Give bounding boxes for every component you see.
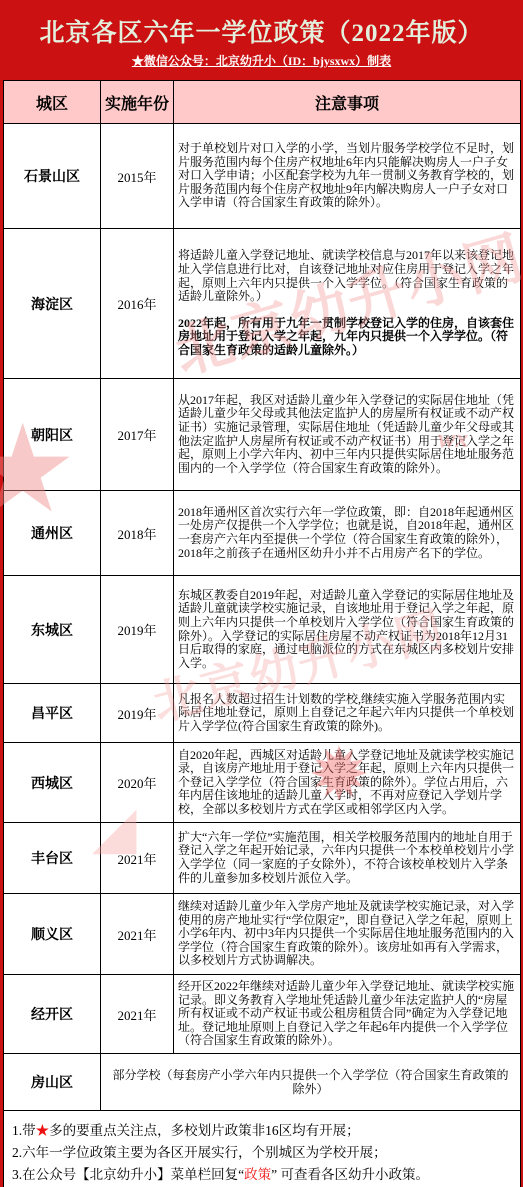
policy-note: 凡报名人数超过招生计划数的学校,继续实施入学服务范围内实际居住地址登记，原则上自… — [174, 684, 521, 743]
policy-table: 城区 实施年份 注意事项 石景山区 2015年 对于单校划片对口入学的小学，当划… — [3, 80, 521, 1187]
footer-note-1: 1.带★多的要重点关注点，多校划片政策非16区均有开展； — [12, 1120, 514, 1142]
implementation-year: 2015年 — [101, 124, 174, 229]
policy-note: 从2017年起，我区对适龄儿童少年入学登记的实际居住地址（凭适龄儿童少年父母或其… — [174, 379, 521, 491]
table-header-row: 城区 实施年份 注意事项 — [4, 81, 521, 124]
policy-note-merged: 部分学校（每套房产小学六年内只提供一个入学学位（符合国家生育政策的除外） — [101, 1054, 521, 1111]
policy-note-text: 凡报名人数超过招生计划数的学校,继续实施入学服务范围内实际居住地址登记，原则上自… — [178, 693, 516, 734]
table-row-haidian: 海淀区 2016年 将适龄儿童入学登记地址、就读学校信息与2017年以来该登记地… — [4, 229, 521, 379]
column-header-district: 城区 — [4, 81, 101, 124]
page-title: 北京各区六年一学位政策（2022年版） — [0, 0, 523, 49]
footer-row: 1.带★多的要重点关注点，多校划片政策非16区均有开展； 2.六年一学位政策主要… — [4, 1111, 521, 1187]
policy-note-text: 2018年通州区首次实行六年一学位政策，即：自2018年起通州区一处房产仅提供一… — [178, 506, 516, 560]
table-row-fengtai: 丰台区 2021年 扩大“六年一学位”实施范围，相关学校服务范围内的地址自用于登… — [4, 823, 521, 894]
district-name: 石景山区 — [4, 124, 101, 229]
footer-note-1-text: 1.带 — [12, 1123, 36, 1138]
banner: 北京各区六年一学位政策（2022年版） ★微信公众号：北京幼升小（ID：bjys… — [0, 0, 523, 80]
policy-note: 东城区教委自2019年起，对适龄儿童入学登记的实际居住地址及适龄儿童就读学校实施… — [174, 576, 521, 684]
policy-note-text-bold: 2022年起，所有用于九年一贯制学校登记入学的住房，自该套住房地址用于登记入学之… — [178, 317, 516, 358]
star-icon: ★ — [36, 1123, 50, 1138]
district-name: 顺义区 — [4, 894, 101, 975]
policy-note-text: 扩大“六年一学位”实施范围，相关学校服务范围内的地址自用于登记入学之年起开始记录… — [178, 831, 516, 885]
policy-note-text: 从2017年起，我区对适龄儿童少年入学登记的实际居住地址（凭适龄儿童少年父母或其… — [178, 394, 516, 476]
table-row-dongcheng: 东城区 2019年 东城区教委自2019年起，对适龄儿童入学登记的实际居住地址及… — [4, 576, 521, 684]
district-name: 海淀区 — [4, 229, 101, 379]
policy-note: 2018年通州区首次实行六年一学位政策，即：自2018年起通州区一处房产仅提供一… — [174, 491, 521, 576]
implementation-year: 2016年 — [101, 229, 174, 379]
policy-note-text: 继续对适龄儿童少年入学房产地址及就读学校实施记录，对入学使用的房产地址实行“学位… — [178, 900, 516, 968]
policy-note: 将适龄儿童入学登记地址、就读学校信息与2017年以来该登记地址入学信息进行比对，… — [174, 229, 521, 379]
footer-note-1-text2: 多的要重点关注点，多校划片政策非16区均有开展； — [49, 1123, 360, 1138]
district-name: 西城区 — [4, 743, 101, 823]
implementation-year: 2021年 — [101, 823, 174, 894]
footer-note-3-text: 3.在公众号【北京幼升小】菜单栏回复“ — [12, 1167, 244, 1182]
table-row-changping: 昌平区 2019年 凡报名人数超过招生计划数的学校,继续实施入学服务范围内实际居… — [4, 684, 521, 743]
footer-note-3: 3.在公众号【北京幼升小】菜单栏回复“政策” 可查看各区幼升小政策。 — [12, 1164, 514, 1186]
implementation-year: 2020年 — [101, 743, 174, 823]
table-row-fangshan: 房山区 部分学校（每套房产小学六年内只提供一个入学学位（符合国家生育政策的除外） — [4, 1054, 521, 1111]
district-name: 昌平区 — [4, 684, 101, 743]
implementation-year: 2019年 — [101, 576, 174, 684]
column-header-year: 实施年份 — [101, 81, 174, 124]
implementation-year: 2021年 — [101, 894, 174, 975]
table-row-shunyi: 顺义区 2021年 继续对适龄儿童少年入学房产地址及就读学校实施记录，对入学使用… — [4, 894, 521, 975]
footer-note-2: 2.六年一学位政策主要为各区开展实行，个别城区为学校开展； — [12, 1142, 514, 1164]
policy-note: 经开区2022年继续对适龄儿童少年入学登记地址、就读学校实施记录。即义务教育入学… — [174, 975, 521, 1054]
table-row-chaoyang: 朝阳区 2017年 从2017年起，我区对适龄儿童少年入学登记的实际居住地址（凭… — [4, 379, 521, 491]
policy-note-text: 自2020年起，西城区对适龄儿童入学登记地址及就读学校实施记录，自该房产地址用于… — [178, 749, 516, 817]
policy-note: 对于单校划片对口入学的小学，当划片服务学校学位不足时，划片服务范围内每个住房产权… — [174, 124, 521, 229]
banner-subtitle: ★微信公众号：北京幼升小（ID：bjysxwx）制表 — [0, 52, 523, 69]
district-name: 朝阳区 — [4, 379, 101, 491]
implementation-year: 2019年 — [101, 684, 174, 743]
footer-note-3-text2: ” 可查看各区幼升小政策。 — [271, 1167, 429, 1182]
table-row-jingkai: 经开区 2021年 经开区2022年继续对适龄儿童少年入学登记地址、就读学校实施… — [4, 975, 521, 1054]
policy-note-text: 东城区教委自2019年起，对适龄儿童入学登记的实际居住地址及适龄儿童就读学校实施… — [178, 589, 516, 671]
footer-notes: 1.带★多的要重点关注点，多校划片政策非16区均有开展； 2.六年一学位政策主要… — [4, 1111, 521, 1187]
policy-note-text: 对于单校划片对口入学的小学，当划片服务学校学位不足时，划片服务范围内每个住房产权… — [178, 142, 516, 210]
table-sheet: 城区 实施年份 注意事项 石景山区 2015年 对于单校划片对口入学的小学，当划… — [3, 80, 520, 1187]
implementation-year: 2021年 — [101, 975, 174, 1054]
implementation-year: 2018年 — [101, 491, 174, 576]
policy-note: 继续对适龄儿童少年入学房产地址及就读学校实施记录，对入学使用的房产地址实行“学位… — [174, 894, 521, 975]
table-row-shijingshan: 石景山区 2015年 对于单校划片对口入学的小学，当划片服务学校学位不足时，划片… — [4, 124, 521, 229]
district-name: 通州区 — [4, 491, 101, 576]
policy-note-text: 将适龄儿童入学登记地址、就读学校信息与2017年以来该登记地址入学信息进行比对，… — [178, 249, 516, 303]
table-row-xicheng: 西城区 2020年 自2020年起，西城区对适龄儿童入学登记地址及就读学校实施记… — [4, 743, 521, 823]
table-row-tongzhou: 通州区 2018年 2018年通州区首次实行六年一学位政策，即：自2018年起通… — [4, 491, 521, 576]
footer-note-3-highlight: 政策 — [244, 1167, 271, 1182]
column-header-notes: 注意事项 — [174, 81, 521, 124]
district-name: 房山区 — [4, 1054, 101, 1111]
district-name: 丰台区 — [4, 823, 101, 894]
district-name: 经开区 — [4, 975, 101, 1054]
policy-note: 自2020年起，西城区对适龄儿童入学登记地址及就读学校实施记录，自该房产地址用于… — [174, 743, 521, 823]
policy-note-text: 经开区2022年继续对适龄儿童少年入学登记地址、就读学校实施记录。即义务教育入学… — [178, 980, 516, 1048]
policy-note: 扩大“六年一学位”实施范围，相关学校服务范围内的地址自用于登记入学之年起开始记录… — [174, 823, 521, 894]
implementation-year: 2017年 — [101, 379, 174, 491]
district-name: 东城区 — [4, 576, 101, 684]
